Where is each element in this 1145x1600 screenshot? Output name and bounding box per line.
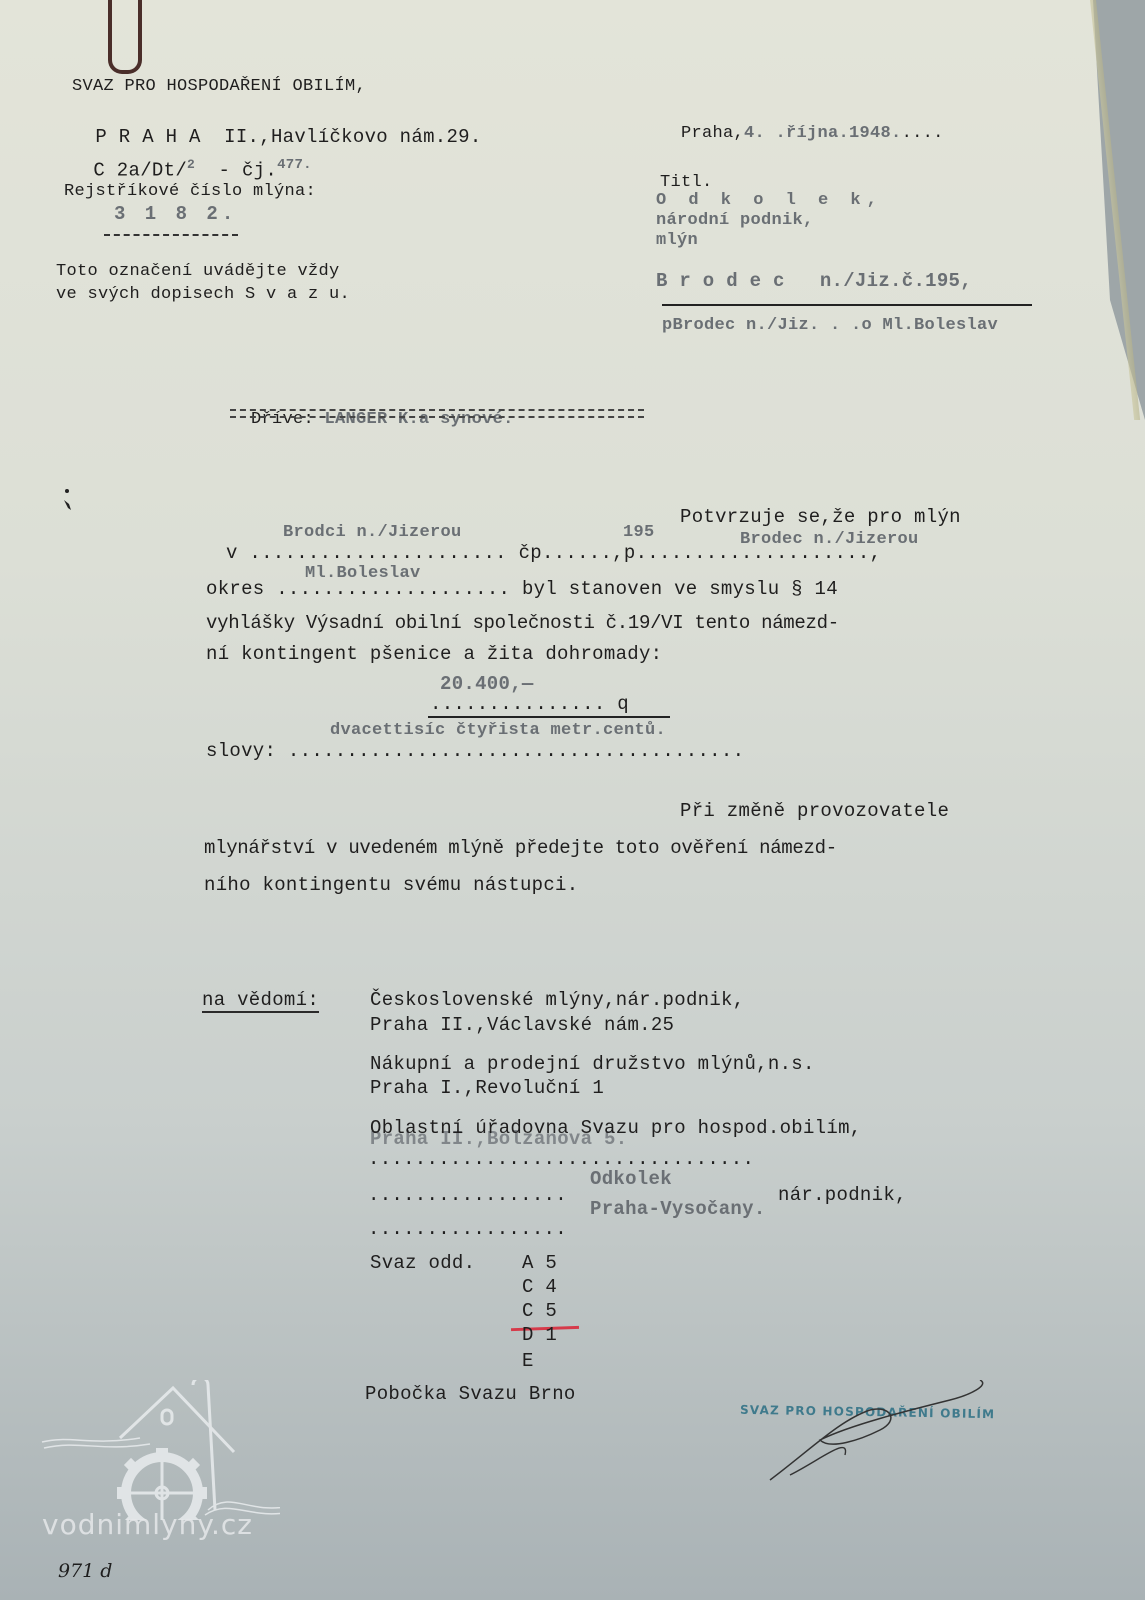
place-value: Brodci n./Jizerou xyxy=(283,522,462,544)
recipient-address: B r o d e c n./Jiz.č.195, xyxy=(656,270,972,292)
amount-words-line: slovy: .................................… xyxy=(206,740,744,762)
departments-label: Svaz odd. xyxy=(370,1252,475,1274)
cc-extra-address: Praha-Vysočany. xyxy=(590,1198,766,1220)
watermark-text: vodnimlyny.cz xyxy=(42,1508,253,1541)
cc-recipient-2-name: Nákupní a prodejní družstvo mlýnů,n.s. xyxy=(370,1053,815,1075)
reference-sup: 2 xyxy=(187,157,195,172)
place-line: v ...................... čp......,p.....… xyxy=(226,542,881,564)
signature-icon xyxy=(750,1380,1010,1490)
amount-underline xyxy=(428,716,670,718)
reference-number: 477. xyxy=(277,157,312,173)
registry-note-line2: ve svých dopisech S v a z u. xyxy=(56,284,350,306)
department-letter: C xyxy=(522,1300,534,1322)
cc-recipient-1-name: Československé mlýny,nár.podnik, xyxy=(370,989,744,1011)
notice-line2: mlynářství v uvedeném mlýně předejte tot… xyxy=(204,837,837,859)
department-letter: E xyxy=(522,1350,534,1372)
watermill-logo-icon xyxy=(40,1380,280,1520)
amount-words-label: slovy: xyxy=(206,740,276,762)
registry-note-line1: Toto označení uvádějte vždy xyxy=(56,261,340,283)
district-label: okres xyxy=(206,578,265,600)
amount-value: 20.400,— xyxy=(440,673,534,695)
paperclip-icon xyxy=(108,0,142,74)
department-number: 5 xyxy=(545,1252,557,1274)
formerly-double-underline xyxy=(230,409,644,418)
body-line3: vyhlášky Výsadní obilní společnosti č.19… xyxy=(206,612,839,634)
amount-words-value: dvacettisíc čtyřista metr.centů. xyxy=(330,720,666,742)
amount-unit: q xyxy=(617,693,629,715)
date-prefix: Praha, xyxy=(681,124,744,143)
ink-blot xyxy=(62,488,72,516)
department-row: D 1 xyxy=(522,1324,557,1346)
registry-label: Rejstříkové číslo mlýna: xyxy=(64,181,316,203)
recipient-type: národní podnik, xyxy=(656,210,814,232)
notice-line3: ního kontingentu svému nástupci. xyxy=(204,874,578,896)
recipient-underline xyxy=(662,304,1032,306)
date-line: Praha,4. .října.1948..... xyxy=(660,101,944,145)
reference-prefix: C 2a/Dt/ xyxy=(93,159,187,181)
recipient-post: pBrodec n./Jiz. . .o Ml.Boleslav xyxy=(662,315,998,337)
department-number: 1 xyxy=(545,1324,557,1346)
amount-line: ............... q xyxy=(430,693,629,715)
handwritten-note: 971 d xyxy=(58,1560,112,1582)
reference-cj: - čj. xyxy=(219,159,278,181)
house-number-label: čp xyxy=(519,542,542,564)
cc-recipient-3-name: Oblastní úřadovna Svazu pro hospod.obilí… xyxy=(370,1117,861,1139)
notice-line1: Při změně provozovatele xyxy=(680,800,949,822)
department-row: A 5 xyxy=(522,1252,557,1274)
date-value: 4. .října.1948. xyxy=(744,124,902,143)
department-row: C 5 xyxy=(522,1300,557,1322)
cc-recipient-2-address: Praha I.,Revoluční 1 xyxy=(370,1077,604,1099)
recipient-name: O d k o l e k, xyxy=(656,190,883,212)
department-number: 4 xyxy=(545,1276,557,1298)
district-line-rest: byl stanoven ve smyslu § 14 xyxy=(522,578,838,600)
post-label: p xyxy=(624,542,636,564)
recipient-kind: mlýn xyxy=(656,230,698,252)
registry-number: 3 1 8 2. xyxy=(114,203,237,225)
body-line4: ní kontingent pšenice a žita dohromady: xyxy=(206,643,662,665)
department-letter: D xyxy=(522,1324,534,1346)
body-intro: Potvrzuje se,že pro mlýn xyxy=(680,506,961,528)
document-paper xyxy=(0,0,1145,1600)
house-number-value: 195 xyxy=(623,522,655,544)
cc-extra-name: Odkolek xyxy=(590,1168,672,1190)
org-name: SVAZ PRO HOSPODAŘENÍ OBILÍM, xyxy=(72,76,366,98)
cc-dots-line-1: ................................. xyxy=(368,1148,754,1170)
registry-underline xyxy=(104,234,238,236)
reference-line: C 2a/Dt/2 - čj.477. xyxy=(70,132,312,181)
cc-label: na vědomí: xyxy=(202,989,319,1013)
department-letter: C xyxy=(522,1276,534,1298)
branch-office: Pobočka Svazu Brno xyxy=(365,1383,576,1405)
department-letter: A xyxy=(522,1252,534,1274)
department-row: E xyxy=(522,1350,534,1372)
cc-dots-line-3: ................. xyxy=(368,1218,567,1240)
date-dots: .... xyxy=(902,124,944,143)
cc-extra-suffix: nár.podnik, xyxy=(778,1184,907,1206)
department-number: 5 xyxy=(545,1300,557,1322)
cc-dots-line-2: ................. xyxy=(368,1184,567,1206)
place-label: v xyxy=(226,542,238,564)
district-line: okres .................... byl stanoven … xyxy=(206,578,838,600)
department-row: C 4 xyxy=(522,1276,557,1298)
cc-recipient-1-address: Praha II.,Václavské nám.25 xyxy=(370,1014,674,1036)
